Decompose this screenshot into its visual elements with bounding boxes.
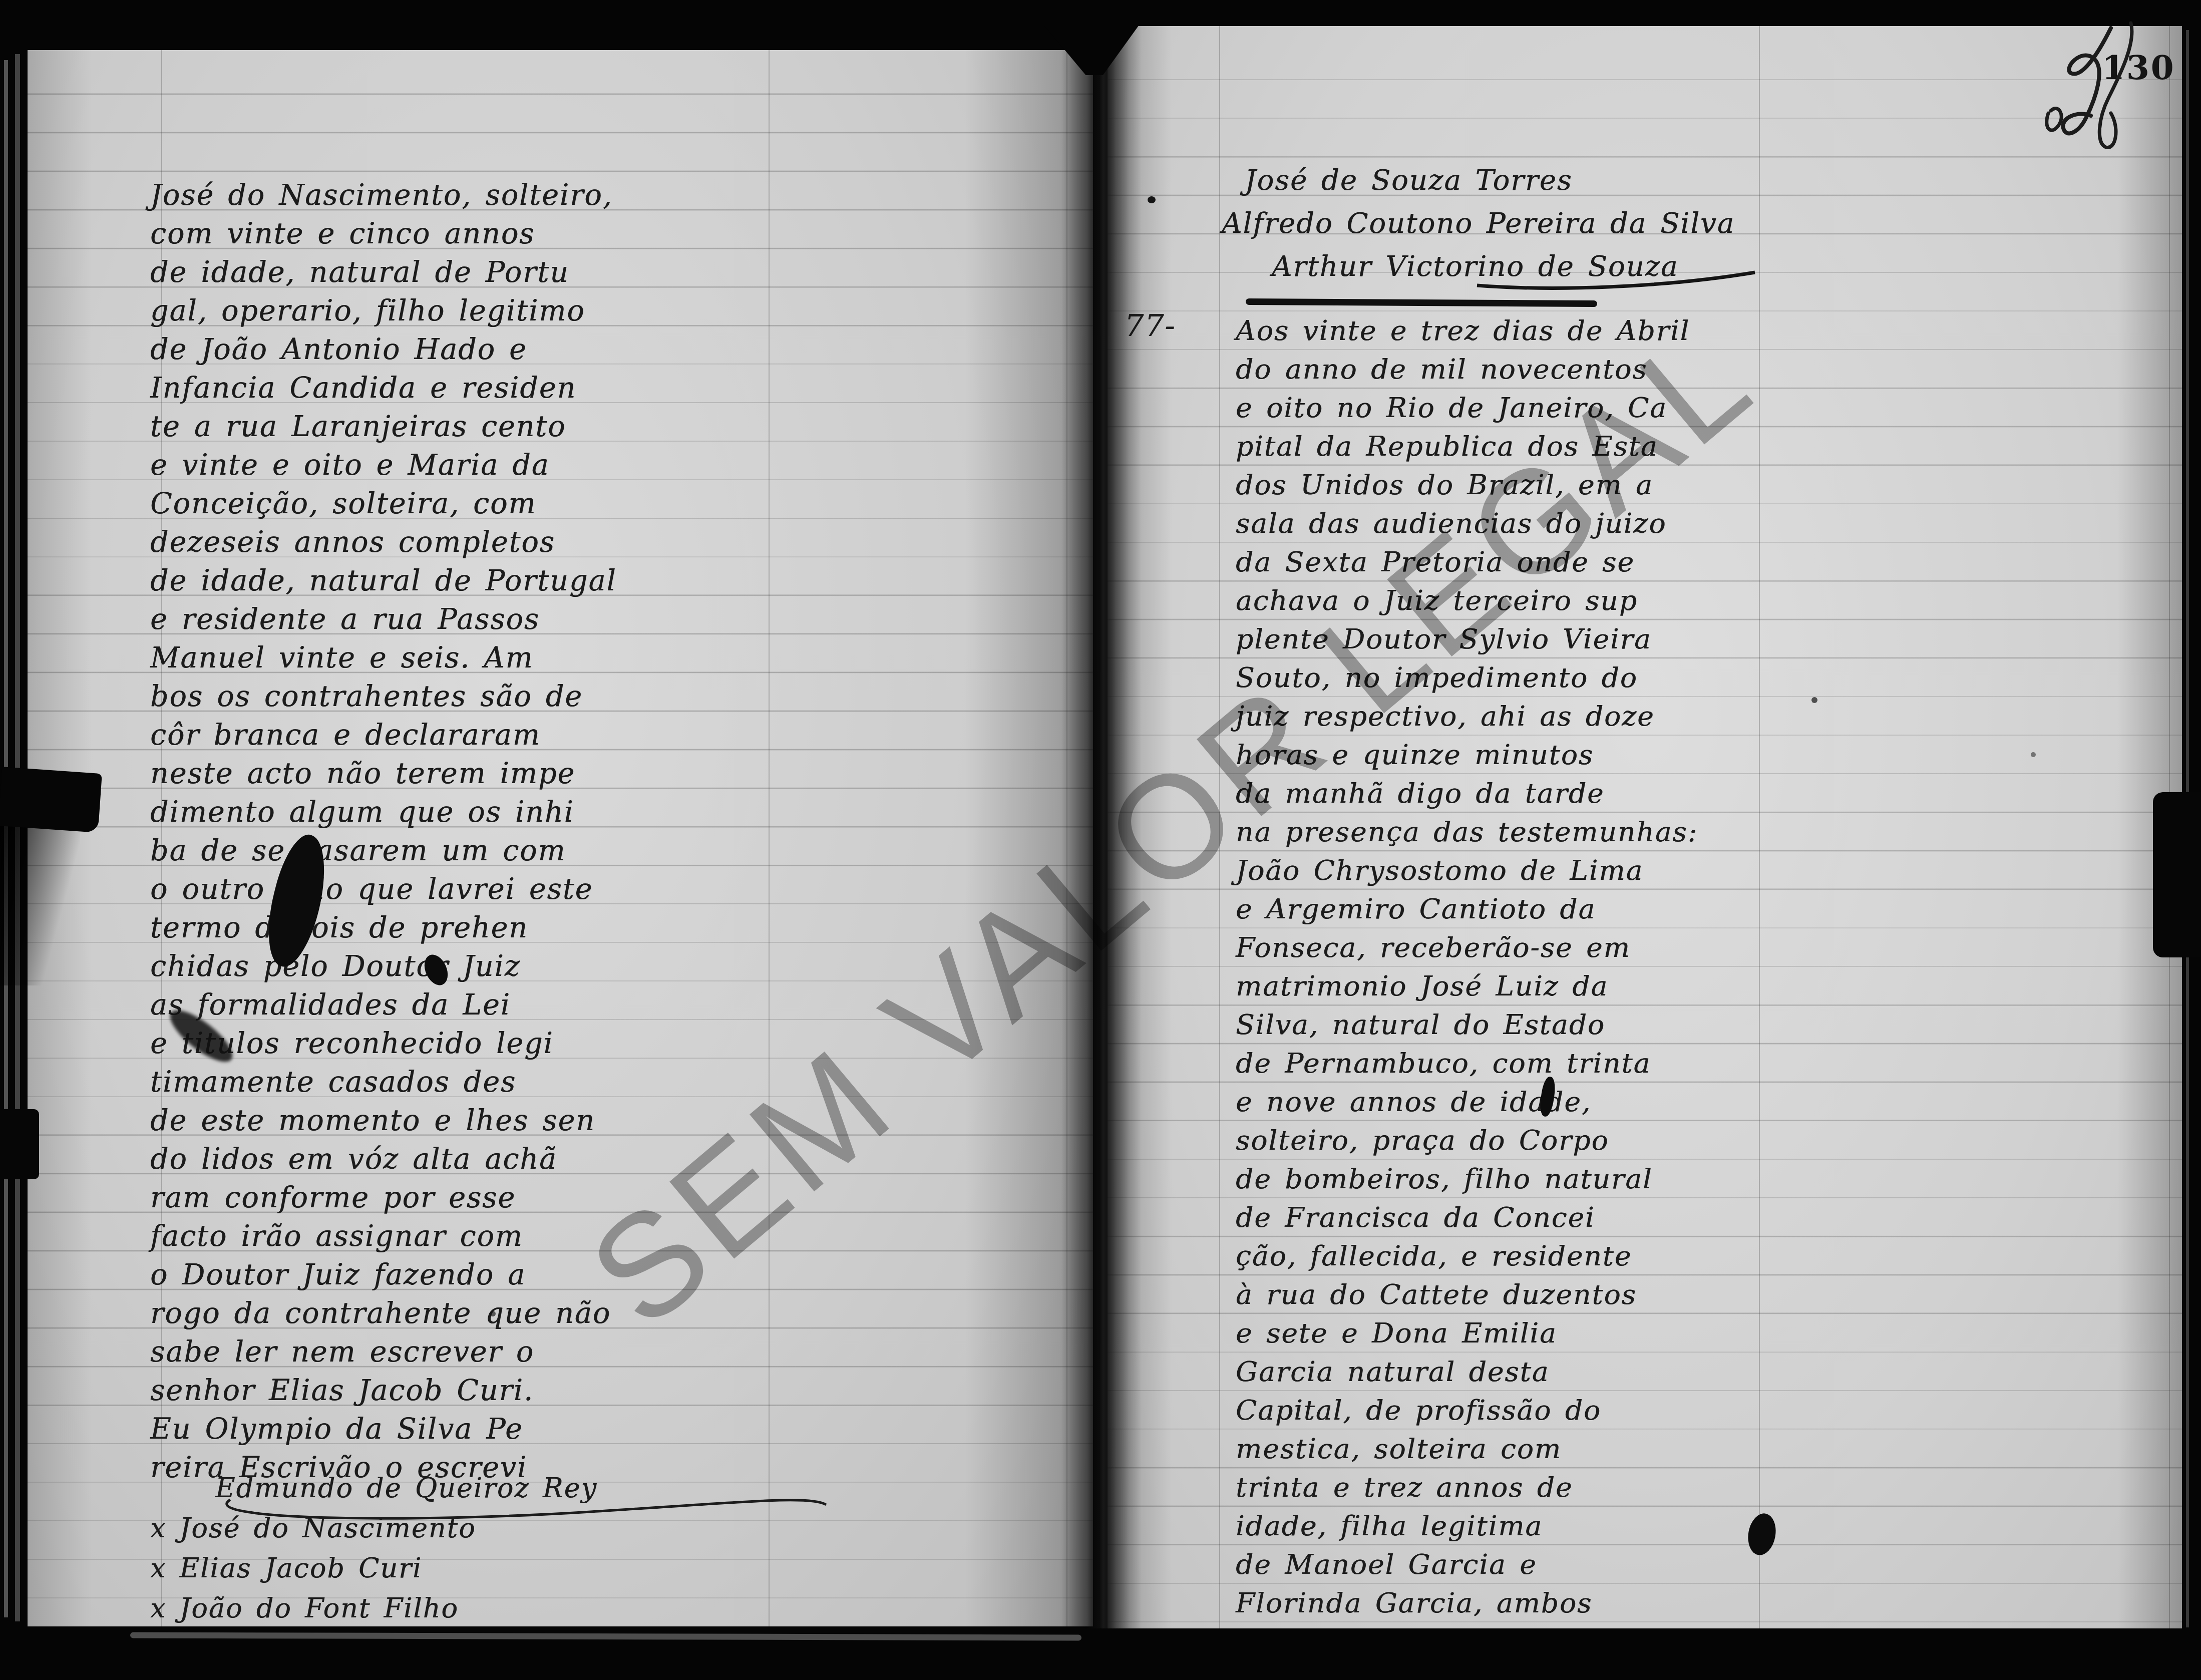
left-page-line-4: gal, operario, filho legitimo xyxy=(150,292,741,330)
right-page-line-27: e sete e Dona Emilia xyxy=(1236,1314,1776,1353)
left-page-line-6: Infancia Candida e residen xyxy=(150,369,741,408)
left-page-line-7: te a rua Laranjeiras cento xyxy=(150,408,741,446)
right-page-line-15: João Chrysostomo de Lima xyxy=(1236,851,1776,890)
left-page-line-5: de João Antonio Hado e xyxy=(150,330,741,369)
header-name-2: Alfredo Coutono Pereira da Silva xyxy=(1222,202,1822,245)
left-page-line-20: termo depois de prehen xyxy=(150,909,741,947)
left-page-line-15: côr branca e declararam xyxy=(150,716,741,755)
left-page-line-1: José do Nascimento, solteiro, xyxy=(150,176,741,215)
right-page-line-31: trinta e trez annos de xyxy=(1236,1468,1776,1507)
binder-tab-left-lower xyxy=(0,1109,39,1179)
left-page-line-14: bos os contrahentes são de xyxy=(150,678,741,716)
right-page-line-20: de Pernambuco, com trinta xyxy=(1236,1044,1776,1083)
right-page-line-28: Garcia natural desta xyxy=(1236,1353,1776,1391)
right-page-line-26: à rua do Cattete duzentos xyxy=(1236,1275,1776,1314)
left-page-line-24: timamente casados des xyxy=(150,1063,741,1102)
left-page-line-22: as formalidades da Lei xyxy=(150,986,741,1025)
left-page-line-33: Eu Olympio da Silva Pe xyxy=(150,1410,741,1449)
left-page-line-19: o outro pelo que lavrei este xyxy=(150,870,741,909)
left-page-line-3: de idade, natural de Portu xyxy=(150,253,741,292)
binder-clamp-right xyxy=(2153,792,2201,957)
left-page-line-25: de este momento e lhes sen xyxy=(150,1102,741,1140)
paper-speck xyxy=(1811,697,1817,703)
left-page-column-line xyxy=(769,50,770,1626)
header-underline-flourish xyxy=(1475,268,1760,292)
left-page-line-32: senhor Elias Jacob Curi. xyxy=(150,1372,741,1410)
right-page-line-34: Florinda Garcia, ambos xyxy=(1236,1584,1776,1622)
paper-speck xyxy=(2031,752,2036,757)
right-page-line-22: solteiro, praça do Corpo xyxy=(1236,1121,1776,1160)
right-page-line-29: Capital, de profissão do xyxy=(1236,1391,1776,1430)
signature-rubric-flourish xyxy=(210,1490,836,1525)
page-stack-edge-bottom xyxy=(130,1632,1081,1641)
right-page-line-30: mestica, solteira com xyxy=(1236,1430,1776,1468)
left-page-line-2: com vinte e cinco annos xyxy=(150,215,741,253)
paper-speck xyxy=(1148,196,1156,203)
left-page-line-9: Conceição, solteira, com xyxy=(150,485,741,523)
right-page-line-25: ção, fallecida, e residente xyxy=(1236,1237,1776,1275)
right-page-line-24: de Francisca da Concei xyxy=(1236,1198,1776,1237)
paper-speck xyxy=(490,1311,496,1316)
left-page-line-12: e residente a rua Passos xyxy=(150,600,741,639)
binder-clamp-left xyxy=(0,767,102,833)
right-page-line-33: de Manoel Garcia e xyxy=(1236,1545,1776,1584)
right-page-line-21: e nove annos de idade, xyxy=(1236,1083,1776,1121)
right-page-line-19: Silva, natural do Estado xyxy=(1236,1005,1776,1044)
signature-3: x Elias Jacob Curi xyxy=(150,1548,851,1588)
left-page-line-11: de idade, natural de Portugal xyxy=(150,562,741,600)
signature-4: x João do Font Filho xyxy=(150,1588,851,1628)
left-page-line-10: dezeseis annos completos xyxy=(150,523,741,562)
header-name-1: José de Souza Torres xyxy=(1222,159,1822,202)
left-page-line-8: e vinte e oito e Maria da xyxy=(150,446,741,485)
binder-clamp-left-shadow xyxy=(0,815,80,985)
left-page-line-16: neste acto não terem impe xyxy=(150,755,741,793)
right-page-line-18: matrimonio José Luiz da xyxy=(1236,967,1776,1005)
left-page-line-18: ba de se casarem um com xyxy=(150,832,741,870)
page-number-rubric-icon xyxy=(2036,13,2176,163)
right-page-line-23: de bombeiros, filho natural xyxy=(1236,1160,1776,1198)
right-page-line-32: idade, filha legitima xyxy=(1236,1507,1776,1545)
left-page-line-23: e titulos reconhecido legi xyxy=(150,1025,741,1063)
right-page-line-17: Fonseca, receberão-se em xyxy=(1236,928,1776,967)
right-page-line-16: e Argemiro Cantioto da xyxy=(1236,890,1776,928)
right-page-line-14: na presença das testemunhas: xyxy=(1236,813,1776,851)
scanned-register-spread: José do Nascimento, solteiro,com vinte e… xyxy=(0,0,2201,1680)
left-page-line-17: dimento algum que os inhi xyxy=(150,793,741,832)
left-page-line-13: Manuel vinte e seis. Am xyxy=(150,639,741,678)
